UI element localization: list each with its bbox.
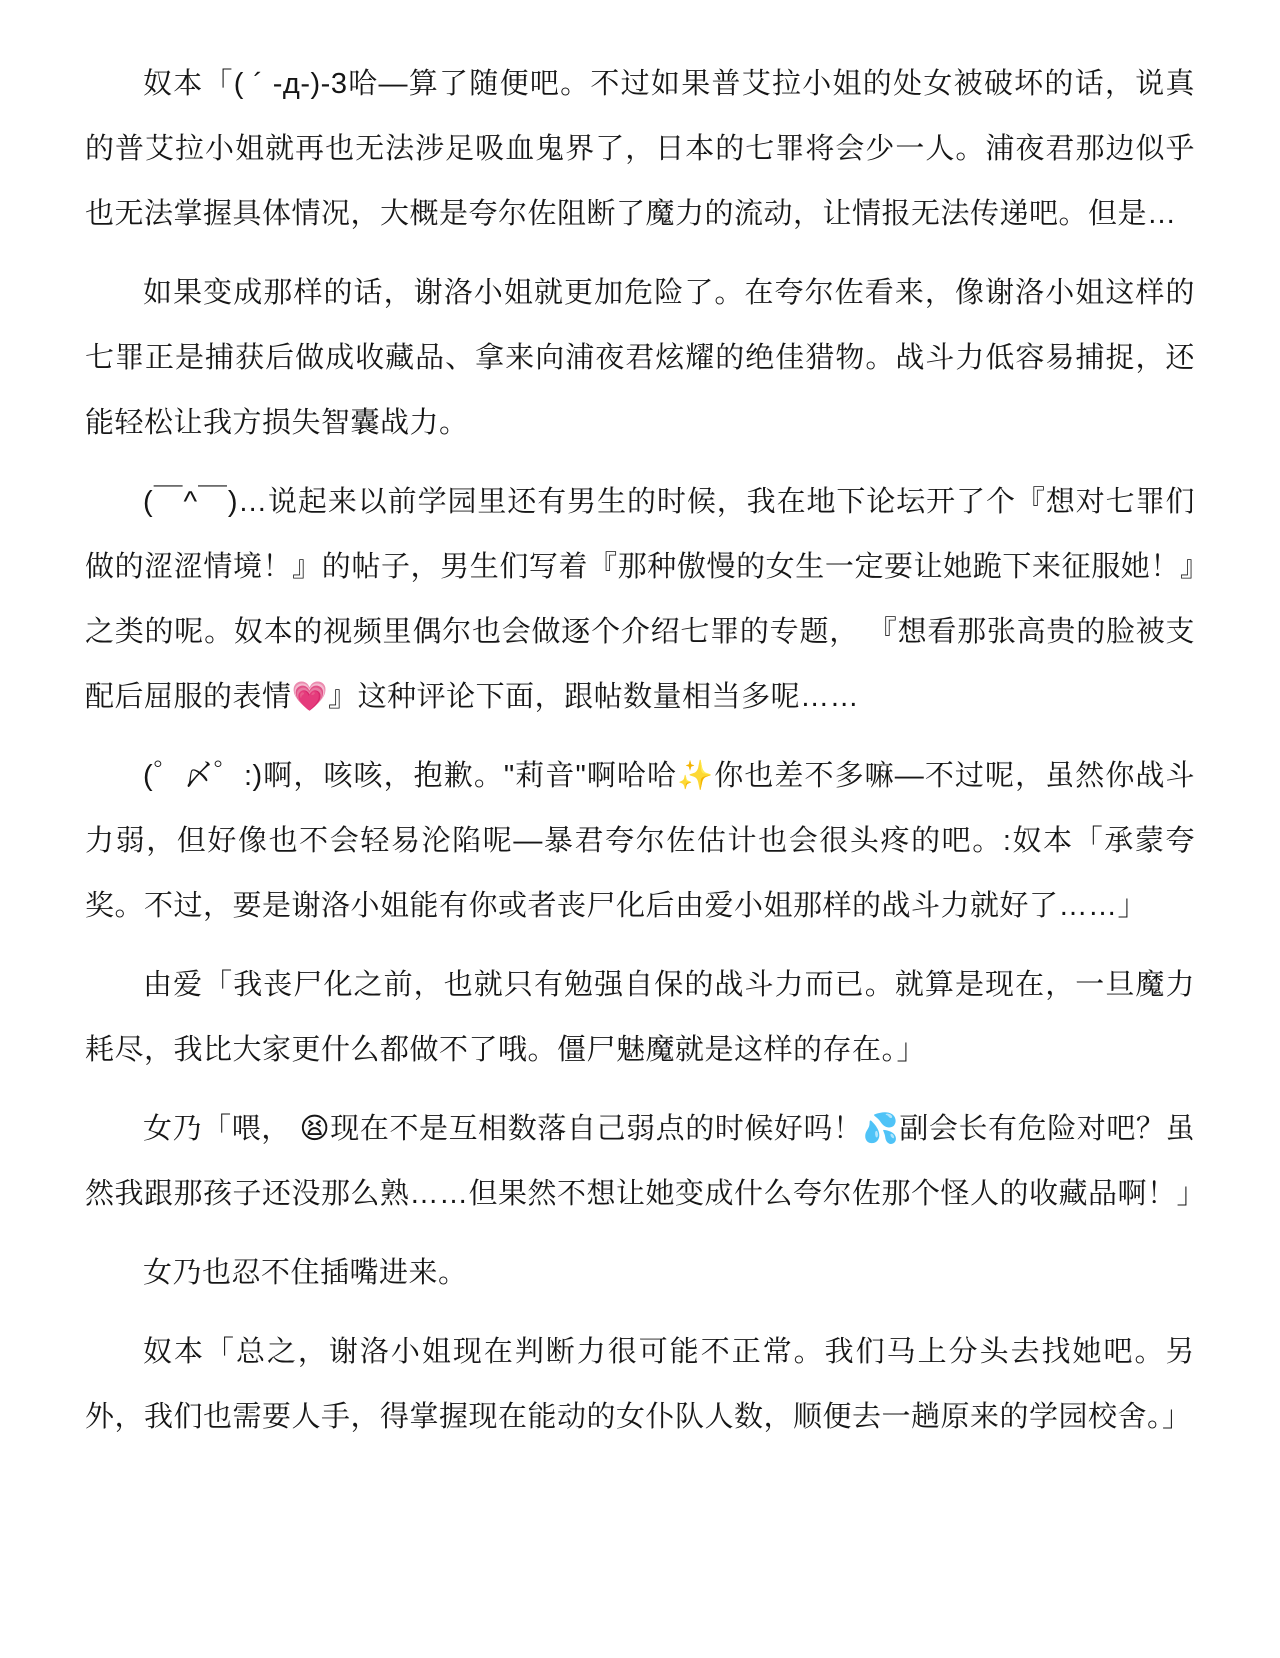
paragraph-5: 由爱「我丧尸化之前，也就只有勉强自保的战斗力而已。就算是现在，一旦魔力耗尽，我比… — [85, 953, 1195, 1083]
document-page: 奴本「( ´ -д-)-3哈—算了随便吧。不过如果普艾拉小姐的处女被破坏的话，说… — [0, 0, 1280, 1658]
paragraph-7: 女乃也忍不住插嘴进来。 — [85, 1241, 1195, 1306]
paragraph-4: (゜〆゜:)啊，咳咳，抱歉。"莉音"啊哈哈✨你也差不多嘛—不过呢，虽然你战斗力弱… — [85, 744, 1195, 939]
paragraph-8: 奴本「总之，谢洛小姐现在判断力很可能不正常。我们马上分头去找她吧。另外，我们也需… — [85, 1320, 1195, 1450]
paragraph-2: 如果变成那样的话，谢洛小姐就更加危险了。在夸尔佐看来，像谢洛小姐这样的七罪正是捕… — [85, 261, 1195, 456]
paragraph-1: 奴本「( ´ -д-)-3哈—算了随便吧。不过如果普艾拉小姐的处女被破坏的话，说… — [85, 52, 1195, 247]
paragraph-3: (￣^￣)…说起来以前学园里还有男生的时候，我在地下论坛开了个『想对七罪们做的涩… — [85, 470, 1195, 730]
paragraph-6: 女乃「喂， 😫现在不是互相数落自己弱点的时候好吗！💦副会长有危险对吧？虽然我跟那… — [85, 1097, 1195, 1227]
